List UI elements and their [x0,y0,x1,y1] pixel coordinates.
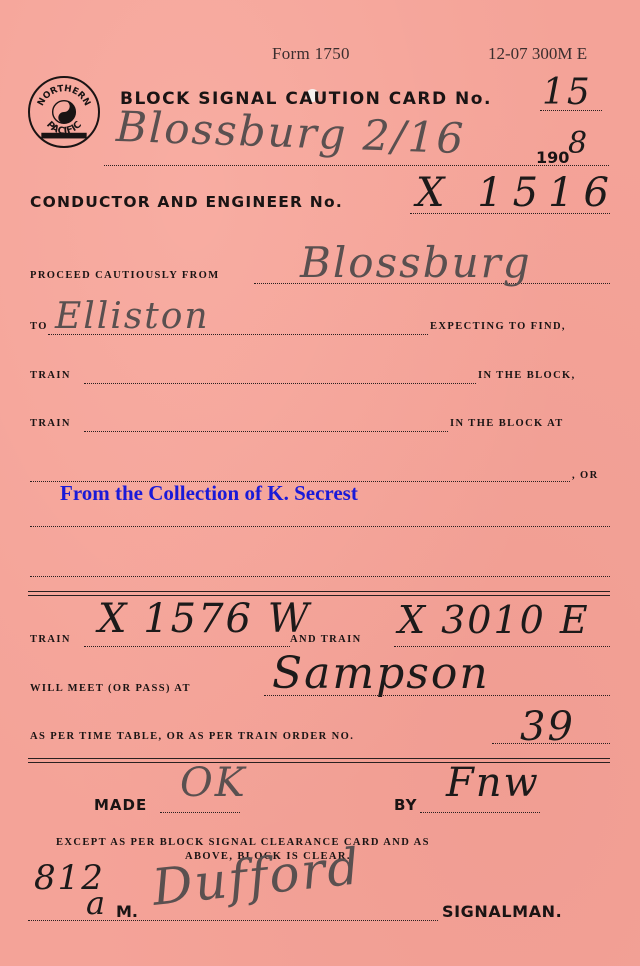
train-label-2: TRAIN [30,418,71,429]
card-number-value: 15 [542,72,592,113]
collection-watermark: From the Collection of K. Secrest [60,481,358,506]
made-value: OK [180,760,247,806]
crew-number-value: X 1516 [416,170,619,216]
logo-top-text: NORTHERN [36,84,92,108]
svg-text:NORTHERN: NORTHERN [36,84,92,108]
signalman-signature: Dufford [150,837,364,917]
caution-card: Form 1750 12-07 300M E NORTHERN PACIFIC … [0,0,640,966]
will-meet-value: Sampson [272,648,490,699]
year-suffix: 8 [568,126,589,161]
from-value: Blossburg [300,238,532,287]
train-order-label: AS PER TIME TABLE, OR AS PER TRAIN ORDER… [30,731,354,742]
signalman-line [28,920,438,921]
in-block-label: IN THE BLOCK, [478,370,576,381]
year-prefix: 190 [536,148,569,167]
to-label: TO [30,321,48,332]
form-number: Form 1750 [272,44,350,64]
and-train-value: X 3010 E [398,598,590,642]
section-divider-bottom-1 [28,758,610,759]
to-value: Elliston [55,296,210,337]
am-hand-value: a [86,884,107,922]
expecting-label: EXPECTING TO FIND, [430,321,566,332]
signalman-label: SIGNALMAN. [442,902,562,921]
train-line-2 [84,431,448,432]
proceed-from-label: PROCEED CAUTIOUSLY FROM [30,270,220,281]
date-line [104,165,609,166]
will-meet-label: WILL MEET (OR PASS) AT [30,683,191,694]
crew-label: CONDUCTOR AND ENGINEER No. [30,193,343,211]
meet-train-line [84,646,290,647]
made-line [160,812,240,813]
train-label-1: TRAIN [30,370,71,381]
and-train-label: AND TRAIN [290,634,362,645]
or-label: , OR [572,470,599,481]
blank-line-2 [30,576,610,577]
northern-pacific-logo-icon: NORTHERN PACIFIC [28,76,100,148]
place-date-value: Blossburg 2/16 [115,102,466,163]
section-divider-top-1 [28,591,610,592]
in-block-at-label: IN THE BLOCK AT [450,418,564,429]
train-line-1 [84,383,476,384]
m-label: M. [116,902,138,921]
made-label: MADE [94,796,147,814]
and-train-line [394,646,610,647]
train-order-value: 39 [520,704,575,750]
blank-line-1 [30,526,610,527]
by-line [420,812,540,813]
by-label: BY [394,796,417,814]
meet-train-value: X 1576 W [98,596,311,642]
clearance-text-line1: EXCEPT AS PER BLOCK SIGNAL CLEARANCE CAR… [56,837,430,848]
print-code: 12-07 300M E [488,44,587,64]
by-value: Fnw [446,760,540,806]
meet-train-label: TRAIN [30,634,71,645]
